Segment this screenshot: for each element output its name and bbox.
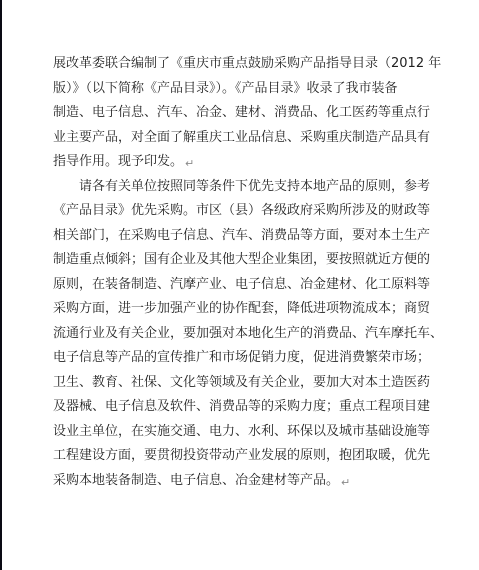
text-line: 采购本地装备制造、电子信息、冶金建材等产品。↵ [53, 469, 443, 494]
text-line: 及器械、电子信息及软件、消费品等的采购力度；重点工程项目建 [53, 395, 443, 420]
text-line: 展改革委联合编制了《重庆市重点鼓励采购产品指导目录（2012 年 [53, 52, 443, 77]
text-line: 版）》（以下简称《产品目录》）。《产品目录》收录了我市装备 [53, 77, 443, 102]
left-edge-rule [0, 0, 2, 570]
paragraph: 展改革委联合编制了《重庆市重点鼓励采购产品指导目录（2012 年版）》（以下简称… [53, 52, 443, 175]
document-text: 展改革委联合编制了《重庆市重点鼓励采购产品指导目录（2012 年版）》（以下简称… [53, 52, 443, 493]
text-line: 原则，在装备制造、汽摩产业、电子信息、冶金建材、化工原料等 [53, 273, 443, 298]
text-line: 指导作用。现予印发。↵ [53, 150, 443, 175]
text-line: 电子信息等产品的宣传推广和市场促销力度，促进消费繁荣市场； [53, 346, 443, 371]
text-line: 采购方面，进一步加强产业的协作配套，降低进项物流成本；商贸 [53, 297, 443, 322]
text-line: 请各有关单位按照同等条件下优先支持本地产品的原则，参考 [53, 175, 443, 200]
paragraph-mark-icon: ↵ [185, 157, 194, 170]
text-line: 工程建设方面，要贯彻投资带动产业发展的原则，抱团取暖，优先 [53, 444, 443, 469]
paragraph-mark-icon: ↵ [341, 476, 350, 489]
text-line: 制造、电子信息、汽车、冶金、建材、消费品、化工医药等重点行 [53, 101, 443, 126]
document-page: 展改革委联合编制了《重庆市重点鼓励采购产品指导目录（2012 年版）》（以下简称… [0, 0, 479, 570]
text-line: 《产品目录》优先采购。市区（县）各级政府采购所涉及的财政等 [53, 199, 443, 224]
text-line: 业主要产品，对全面了解重庆工业品信息、采购重庆制造产品具有 [53, 126, 443, 151]
text-line: 卫生、教育、社保、文化等领域及有关企业，要加大对本土造医药 [53, 371, 443, 396]
text-line: 流通行业及有关企业，要加强对本地化生产的消费品、汽车摩托车、 [53, 322, 443, 347]
text-line: 相关部门，在采购电子信息、汽车、消费品等方面，要对本土生产 [53, 224, 443, 249]
text-line: 制造重点倾斜；国有企业及其他大型企业集团，要按照就近方便的 [53, 248, 443, 273]
paragraph: 请各有关单位按照同等条件下优先支持本地产品的原则，参考《产品目录》优先采购。市区… [53, 175, 443, 494]
text-line: 设业主单位，在实施交通、电力、水利、环保以及城市基础设施等 [53, 420, 443, 445]
